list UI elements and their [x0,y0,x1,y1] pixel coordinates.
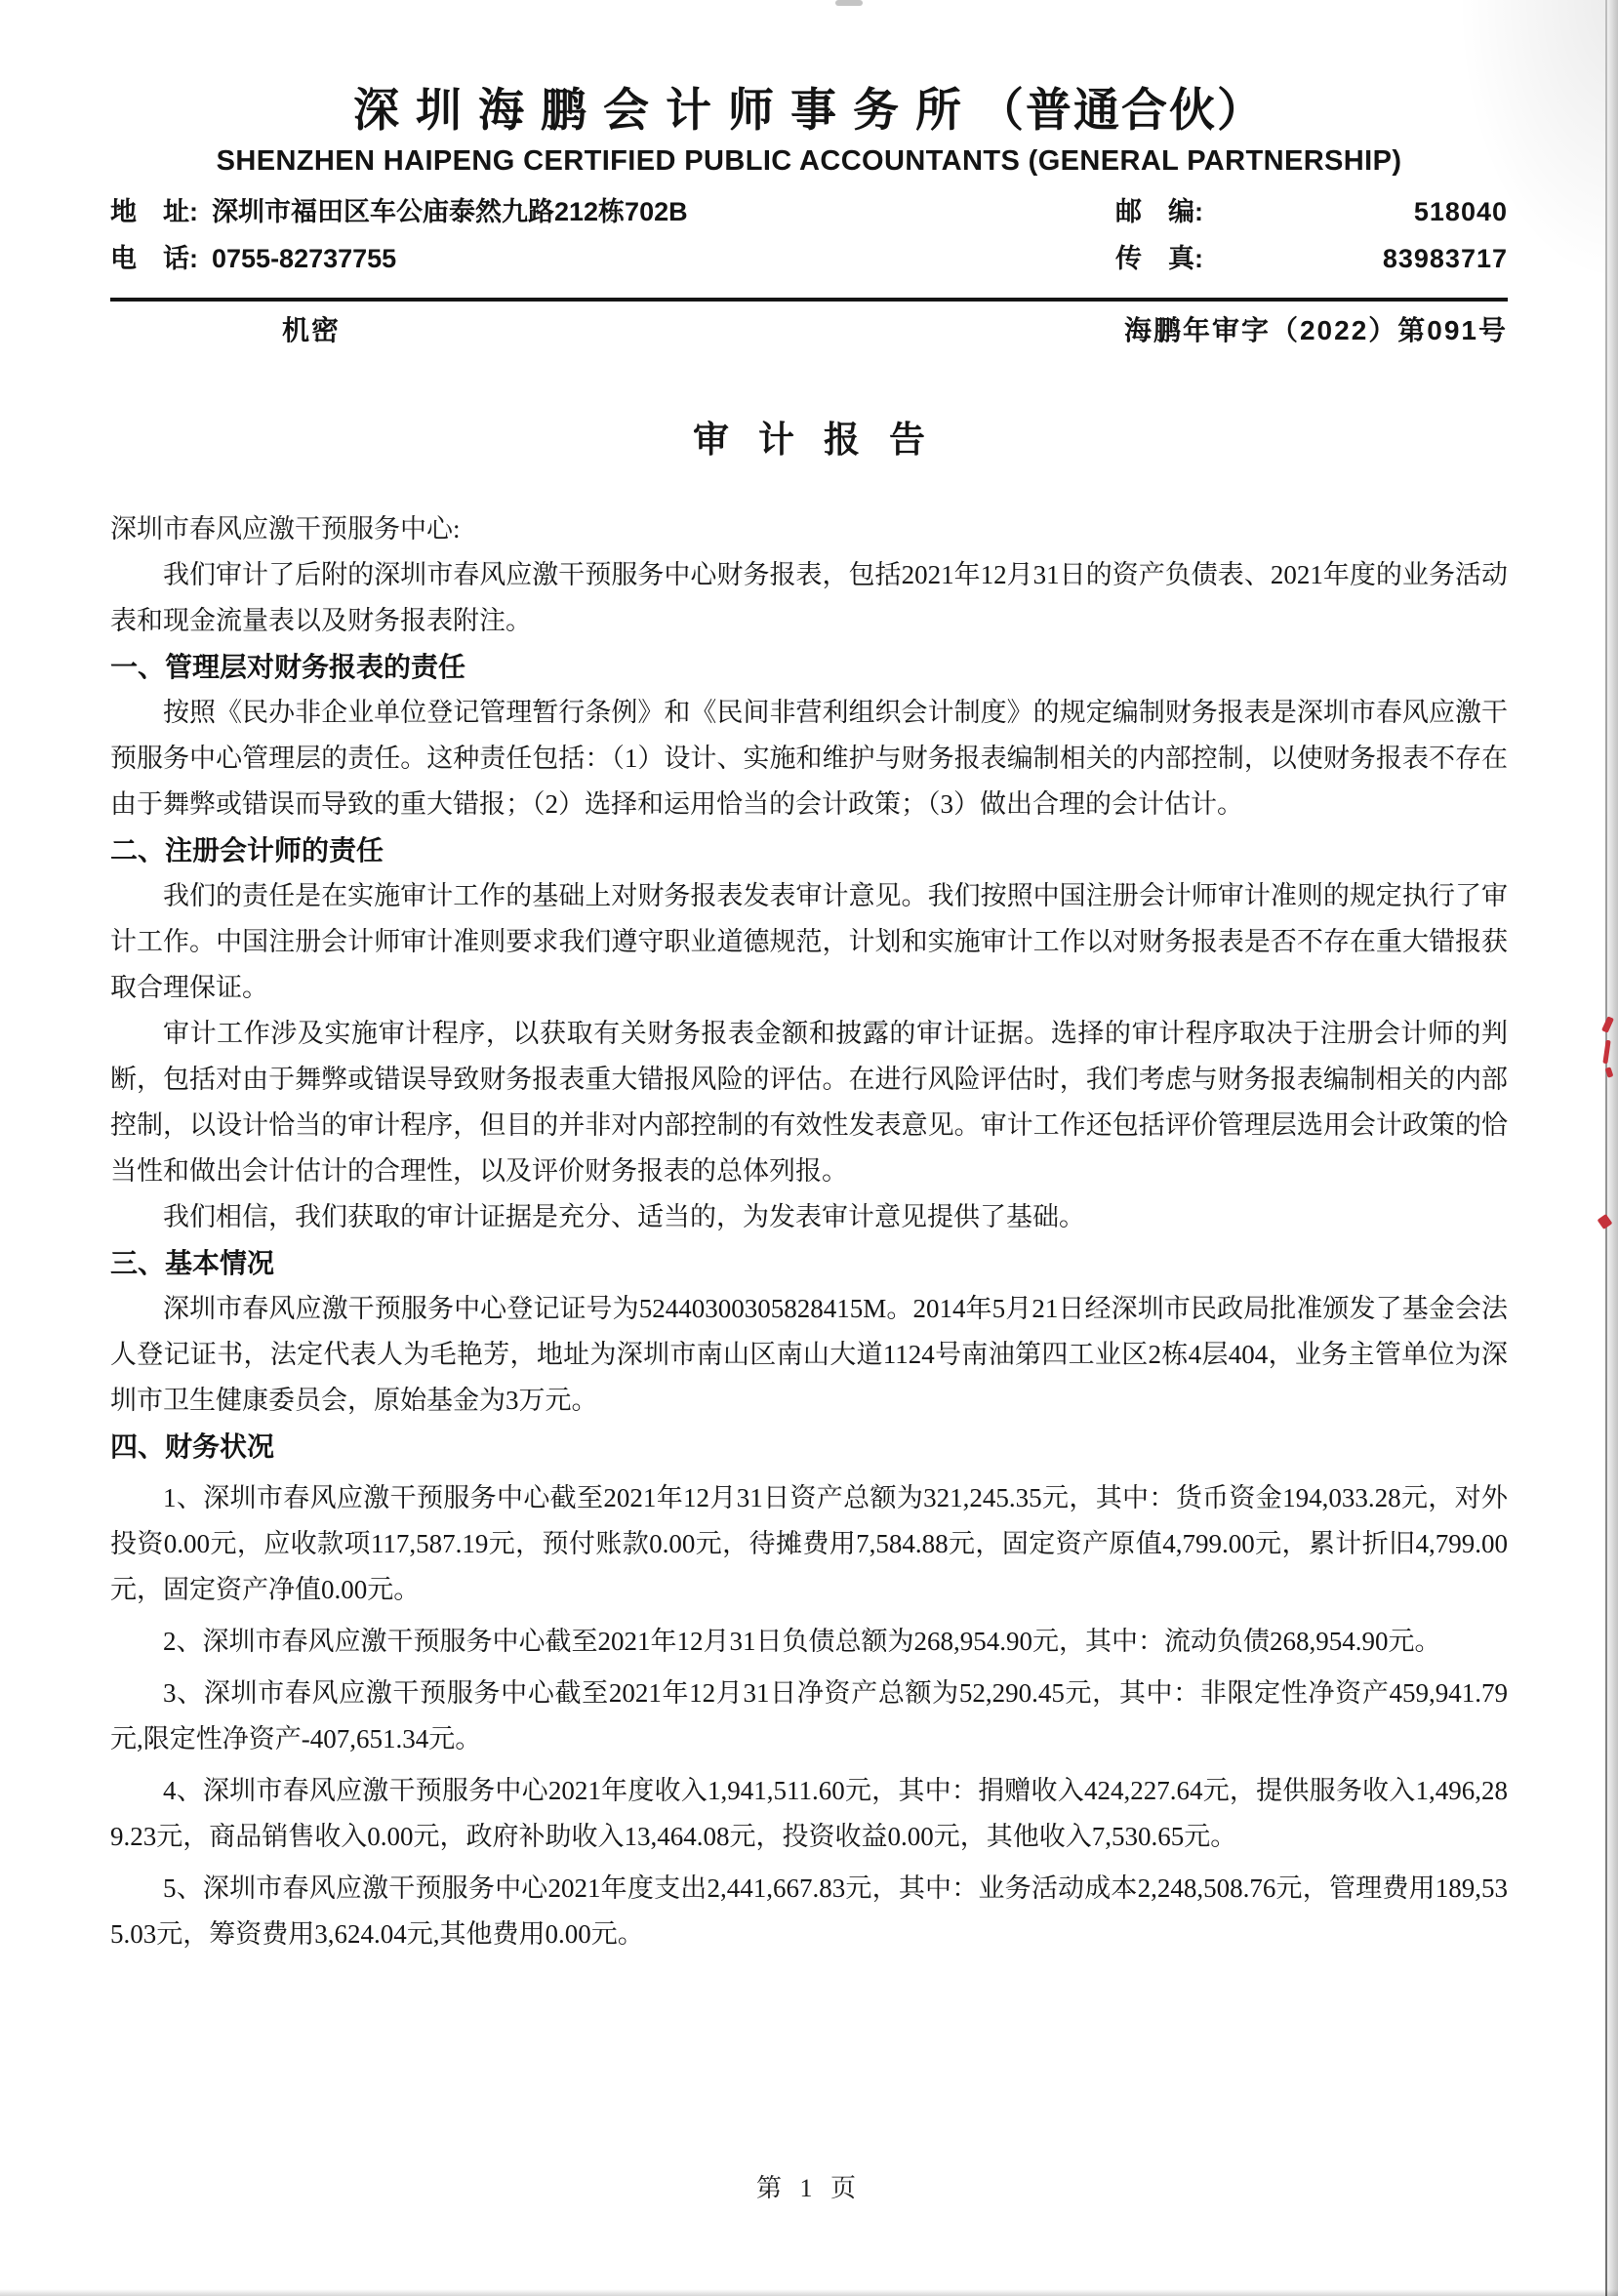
financial-item-liabilities: 2、深圳市春风应激干预服务中心截至2021年12月31日负债总额为268,954… [110,1619,1508,1665]
section-heading-financial-status: 四、财务状况 [110,1424,1508,1470]
phone-label: 电 话: [110,244,198,273]
postcode-label: 邮 编: [1115,188,1203,235]
confidential-label: 机密 [282,305,341,356]
report-title: 审计报告 [110,419,1508,463]
address-label: 地 址: [110,197,198,226]
financial-item-expenses: 5、深圳市春风应激干预服务中心2021年度支出2,441,667.83元，其中：… [110,1866,1508,1957]
letterhead: 深圳海鹏会计师事务所（普通合伙） SHENZHEN HAIPENG CERTIF… [110,82,1508,356]
page-content: 深圳海鹏会计师事务所（普通合伙） SHENZHEN HAIPENG CERTIF… [110,0,1508,1957]
fax-group: 传 真:83983717 [1115,235,1508,282]
page-number: 第 1 页 [0,2168,1618,2204]
addressee: 深圳市春风应激干预服务中心: [110,506,1508,552]
classification-row: 机密 海鹏年审字（2022）第091号 [110,305,1508,356]
postcode-group: 邮 编:518040 [1115,188,1508,235]
paragraph: 我们相信，我们获取的审计证据是充分、适当的，为发表审计意见提供了基础。 [110,1194,1508,1240]
paragraph: 我们的责任是在实施审计工作的基础上对财务报表发表审计意见。我们按照中国注册会计师… [110,873,1508,1011]
reference-number: 海鹏年审字（2022）第091号 [1124,305,1508,356]
scanned-audit-report-page: 深圳海鹏会计师事务所（普通合伙） SHENZHEN HAIPENG CERTIF… [0,0,1618,2296]
firm-name-cn-suffix: （普通合伙） [978,84,1265,136]
fax-label: 传 真: [1115,235,1203,282]
scan-bottom-shadow [0,2289,1618,2296]
financial-item-net-assets: 3、深圳市春风应激干预服务中心截至2021年12月31日净资产总额为52,290… [110,1671,1508,1762]
financial-item-income: 4、深圳市春风应激干预服务中心2021年度收入1,941,511.60元，其中：… [110,1768,1508,1860]
paragraph: 审计工作涉及实施审计程序，以获取有关财务报表金额和披露的审计证据。选择的审计程序… [110,1011,1508,1194]
financial-item-assets: 1、深圳市春风应激干预服务中心截至2021年12月31日资产总额为321,245… [110,1475,1508,1613]
header-divider [110,298,1508,302]
contact-row-address: 地 址:深圳市福田区车公庙泰然九路212栋702B 邮 编:518040 [110,188,1508,235]
section-heading-auditor-responsibility: 二、注册会计师的责任 [110,827,1508,873]
contact-row-phone: 电 话:0755-82737755 传 真:83983717 [110,235,1508,282]
page-corner-shadow [1452,0,1618,293]
section-heading-basic-information: 三、基本情况 [110,1240,1508,1286]
firm-name-cn: 深圳海鹏会计师事务所（普通合伙） [110,82,1508,139]
scan-edge-shadow [1607,0,1618,2296]
phone-group: 电 话:0755-82737755 [110,235,396,282]
scan-speck [835,0,863,6]
intro-paragraph: 我们审计了后附的深圳市春风应激干预服务中心财务报表，包括2021年12月31日的… [110,552,1508,644]
paragraph: 按照《民办非企业单位登记管理暂行条例》和《民间非营利组织会计制度》的规定编制财务… [110,690,1508,827]
address-group: 地 址:深圳市福田区车公庙泰然九路212栋702B [110,188,688,235]
firm-name-en: SHENZHEN HAIPENG CERTIFIED PUBLIC ACCOUN… [110,141,1508,181]
paragraph: 深圳市春风应激干预服务中心登记证号为52440300305828415M。201… [110,1286,1508,1424]
report-body: 审计报告 深圳市春风应激干预服务中心: 我们审计了后附的深圳市春风应激干预服务中… [110,419,1508,1957]
section-heading-management-responsibility: 一、管理层对财务报表的责任 [110,644,1508,690]
firm-name-cn-main: 深圳海鹏会计师事务所 [353,84,978,136]
phone-value: 0755-82737755 [212,244,396,273]
address-value: 深圳市福田区车公庙泰然九路212栋702B [212,197,688,226]
